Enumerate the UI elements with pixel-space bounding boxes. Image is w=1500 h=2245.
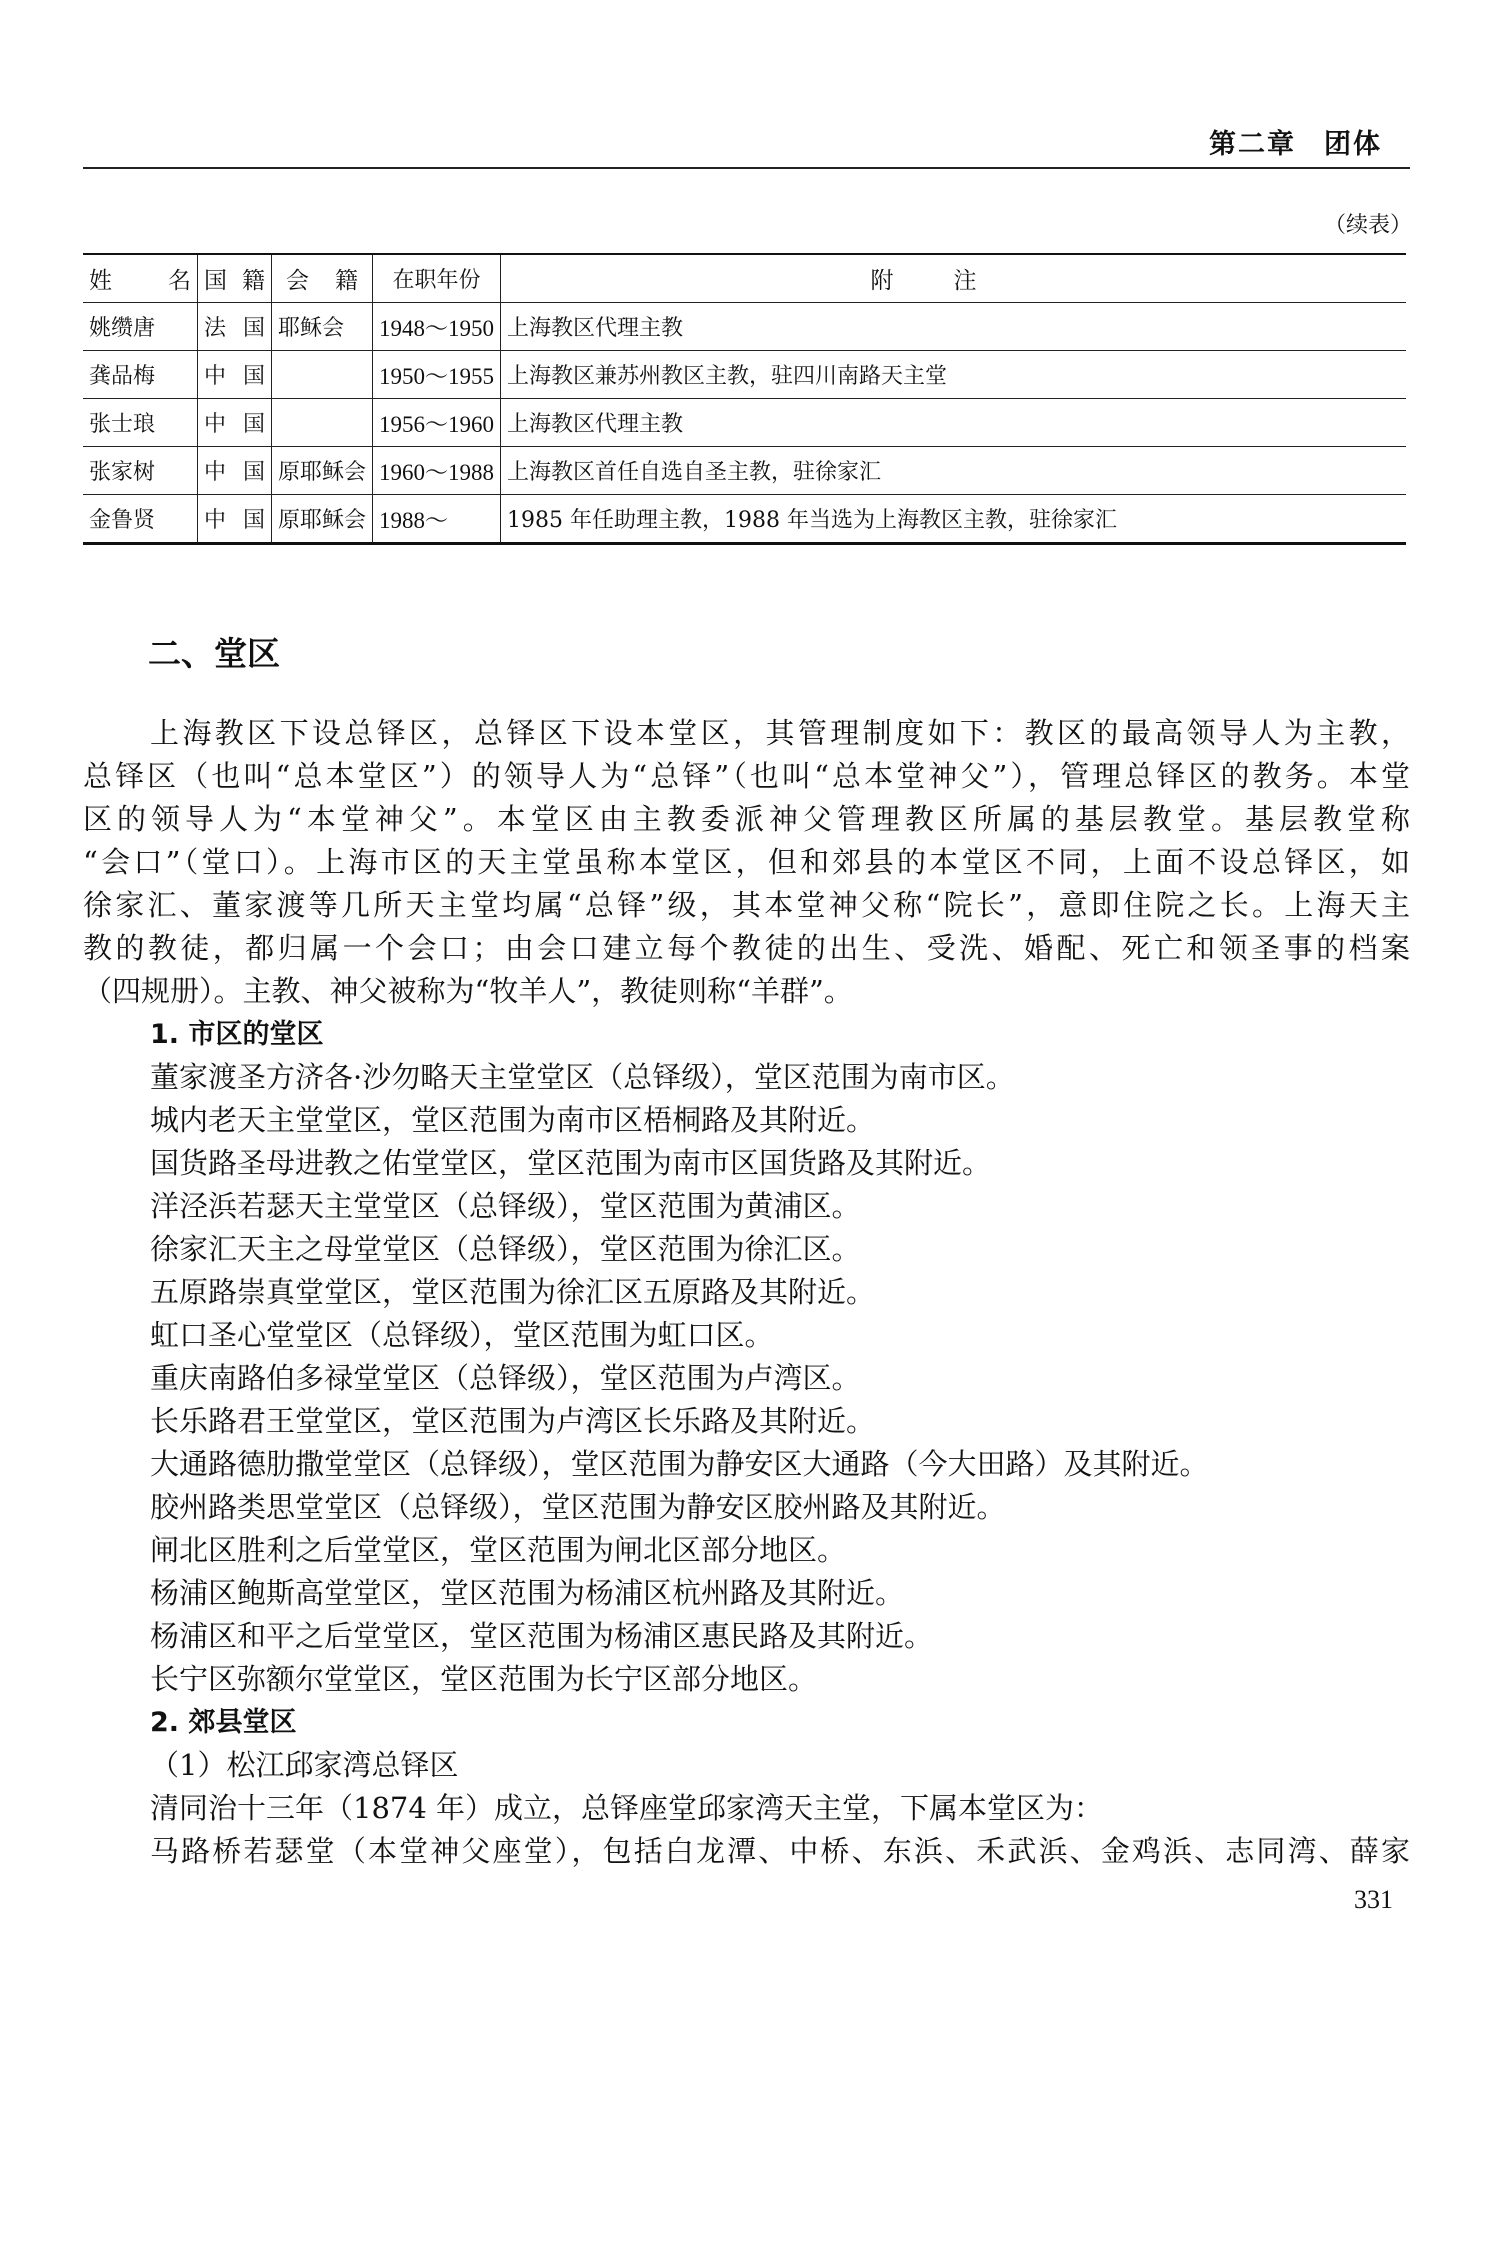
cell-years: 1948～1950 [373, 303, 501, 351]
paragraph-line: 教的教徒，都归属一个会口；由会口建立每个教徒的出生、受洗、婚配、死亡和领圣事的档… [83, 927, 1410, 970]
list-item: 城内老天主堂堂区，堂区范围为南市区梧桐路及其附近。 [150, 1099, 1410, 1142]
cell-note: 1985 年任助理主教，1988 年当选为上海教区主教，驻徐家汇 [501, 495, 1406, 544]
cell-nationality: 法国 [198, 303, 272, 351]
list-item: 闸北区胜利之后堂堂区，堂区范围为闸北区部分地区。 [150, 1529, 1410, 1572]
paragraph-line: 徐家汇、董家渡等几所天主堂均属“总铎”级，其本堂神父称“院长”，意即住院之长。上… [83, 884, 1410, 927]
list-item: 五原路崇真堂堂区，堂区范围为徐汇区五原路及其附近。 [150, 1271, 1410, 1314]
table-row: 姚缵唐 法国 耶稣会 1948～1950 上海教区代理主教 [83, 303, 1406, 351]
page-number: 331 [1354, 1885, 1393, 1915]
cell-note: 上海教区代理主教 [501, 303, 1406, 351]
cell-society: 原耶稣会 [272, 447, 373, 495]
bishops-table: 姓名 国籍 会籍 在职年份 附注 姚缵唐 法国 耶稣会 1948～1950 上海… [83, 253, 1406, 545]
list-item: 重庆南路伯多禄堂堂区（总铎级），堂区范围为卢湾区。 [150, 1357, 1410, 1400]
header-society: 会籍 [272, 254, 373, 303]
cell-society [272, 351, 373, 399]
table-row: 龚品梅 中国 1950～1955 上海教区兼苏州教区主教，驻四川南路天主堂 [83, 351, 1406, 399]
table-row: 张士琅 中国 1956～1960 上海教区代理主教 [83, 399, 1406, 447]
paragraph-line: （四规册）。主教、神父被称为“牧羊人”，教徒则称“羊群”。 [83, 970, 1410, 1013]
cell-years: 1956～1960 [373, 399, 501, 447]
cell-years: 1960～1988 [373, 447, 501, 495]
paragraph-line: 区的领导人为“本堂神父”。本堂区由主教委派神父管理教区所属的基层教堂。基层教堂称 [83, 798, 1410, 841]
cell-name: 金鲁贤 [83, 495, 198, 544]
header-note: 附注 [501, 254, 1406, 303]
paragraph-line: 清同治十三年（1874 年）成立，总铎座堂邱家湾天主堂，下属本堂区为： [150, 1787, 1410, 1830]
list-item: 虹口圣心堂堂区（总铎级），堂区范围为虹口区。 [150, 1314, 1410, 1357]
subsection-heading: 1. 市区的堂区 [150, 1013, 1410, 1056]
table-header-row: 姓名 国籍 会籍 在职年份 附注 [83, 254, 1406, 303]
cell-years: 1988～ [373, 495, 501, 544]
cell-nationality: 中国 [198, 447, 272, 495]
list-item: 国货路圣母进教之佑堂堂区，堂区范围为南市区国货路及其附近。 [150, 1142, 1410, 1185]
list-item: 董家渡圣方济各·沙勿略天主堂堂区（总铎级），堂区范围为南市区。 [150, 1056, 1410, 1099]
cell-society [272, 399, 373, 447]
chapter-title: 团体 [1324, 129, 1382, 160]
table-row: 张家树 中国 原耶稣会 1960～1988 上海教区首任自选自圣主教，驻徐家汇 [83, 447, 1406, 495]
table-row: 金鲁贤 中国 原耶稣会 1988～ 1985 年任助理主教，1988 年当选为上… [83, 495, 1406, 544]
cell-note: 上海教区首任自选自圣主教，驻徐家汇 [501, 447, 1406, 495]
continued-table-label: （续表） [1324, 208, 1412, 239]
paragraph-line: 马路桥若瑟堂（本堂神父座堂），包括白龙潭、中桥、东浜、禾武浜、金鸡浜、志同湾、薛… [150, 1830, 1410, 1873]
paragraph-line: 总铎区（也叫“总本堂区”）的领导人为“总铎”（也叫“总本堂神父”），管理总铎区的… [83, 755, 1410, 798]
header-years: 在职年份 [373, 254, 501, 303]
cell-years: 1950～1955 [373, 351, 501, 399]
paragraph-line: 上海教区下设总铎区，总铎区下设本堂区，其管理制度如下：教区的最高领导人为主教， [150, 712, 1410, 755]
list-item: 杨浦区和平之后堂堂区，堂区范围为杨浦区惠民路及其附近。 [150, 1615, 1410, 1658]
list-item: 徐家汇天主之母堂堂区（总铎级），堂区范围为徐汇区。 [150, 1228, 1410, 1271]
cell-note: 上海教区代理主教 [501, 399, 1406, 447]
header-nationality: 国籍 [198, 254, 272, 303]
section-title: 二、堂区 [148, 628, 280, 675]
sub-subsection-heading: （1）松江邱家湾总铎区 [150, 1744, 1410, 1787]
cell-nationality: 中国 [198, 351, 272, 399]
cell-society: 原耶稣会 [272, 495, 373, 544]
running-head: 第二章团体 [1209, 122, 1382, 161]
cell-name: 姚缵唐 [83, 303, 198, 351]
subsection-heading: 2. 郊县堂区 [150, 1701, 1410, 1744]
list-item: 长宁区弥额尔堂堂区，堂区范围为长宁区部分地区。 [150, 1658, 1410, 1701]
list-item: 胶州路类思堂堂区（总铎级），堂区范围为静安区胶州路及其附近。 [150, 1486, 1410, 1529]
cell-note: 上海教区兼苏州教区主教，驻四川南路天主堂 [501, 351, 1406, 399]
header-rule [83, 167, 1410, 169]
paragraph-line: “会口”（堂口）。上海市区的天主堂虽称本堂区，但和郊县的本堂区不同，上面不设总铎… [83, 841, 1410, 884]
list-item: 长乐路君王堂堂区，堂区范围为卢湾区长乐路及其附近。 [150, 1400, 1410, 1443]
cell-society: 耶稣会 [272, 303, 373, 351]
list-item: 洋泾浜若瑟天主堂堂区（总铎级），堂区范围为黄浦区。 [150, 1185, 1410, 1228]
cell-nationality: 中国 [198, 495, 272, 544]
cell-name: 张家树 [83, 447, 198, 495]
cell-name: 龚品梅 [83, 351, 198, 399]
list-item: 大通路德肋撒堂堂区（总铎级），堂区范围为静安区大通路（今大田路）及其附近。 [150, 1443, 1410, 1486]
list-item: 杨浦区鲍斯高堂堂区，堂区范围为杨浦区杭州路及其附近。 [150, 1572, 1410, 1615]
header-name: 姓名 [83, 254, 198, 303]
cell-name: 张士琅 [83, 399, 198, 447]
chapter-number: 第二章 [1209, 129, 1296, 160]
cell-nationality: 中国 [198, 399, 272, 447]
